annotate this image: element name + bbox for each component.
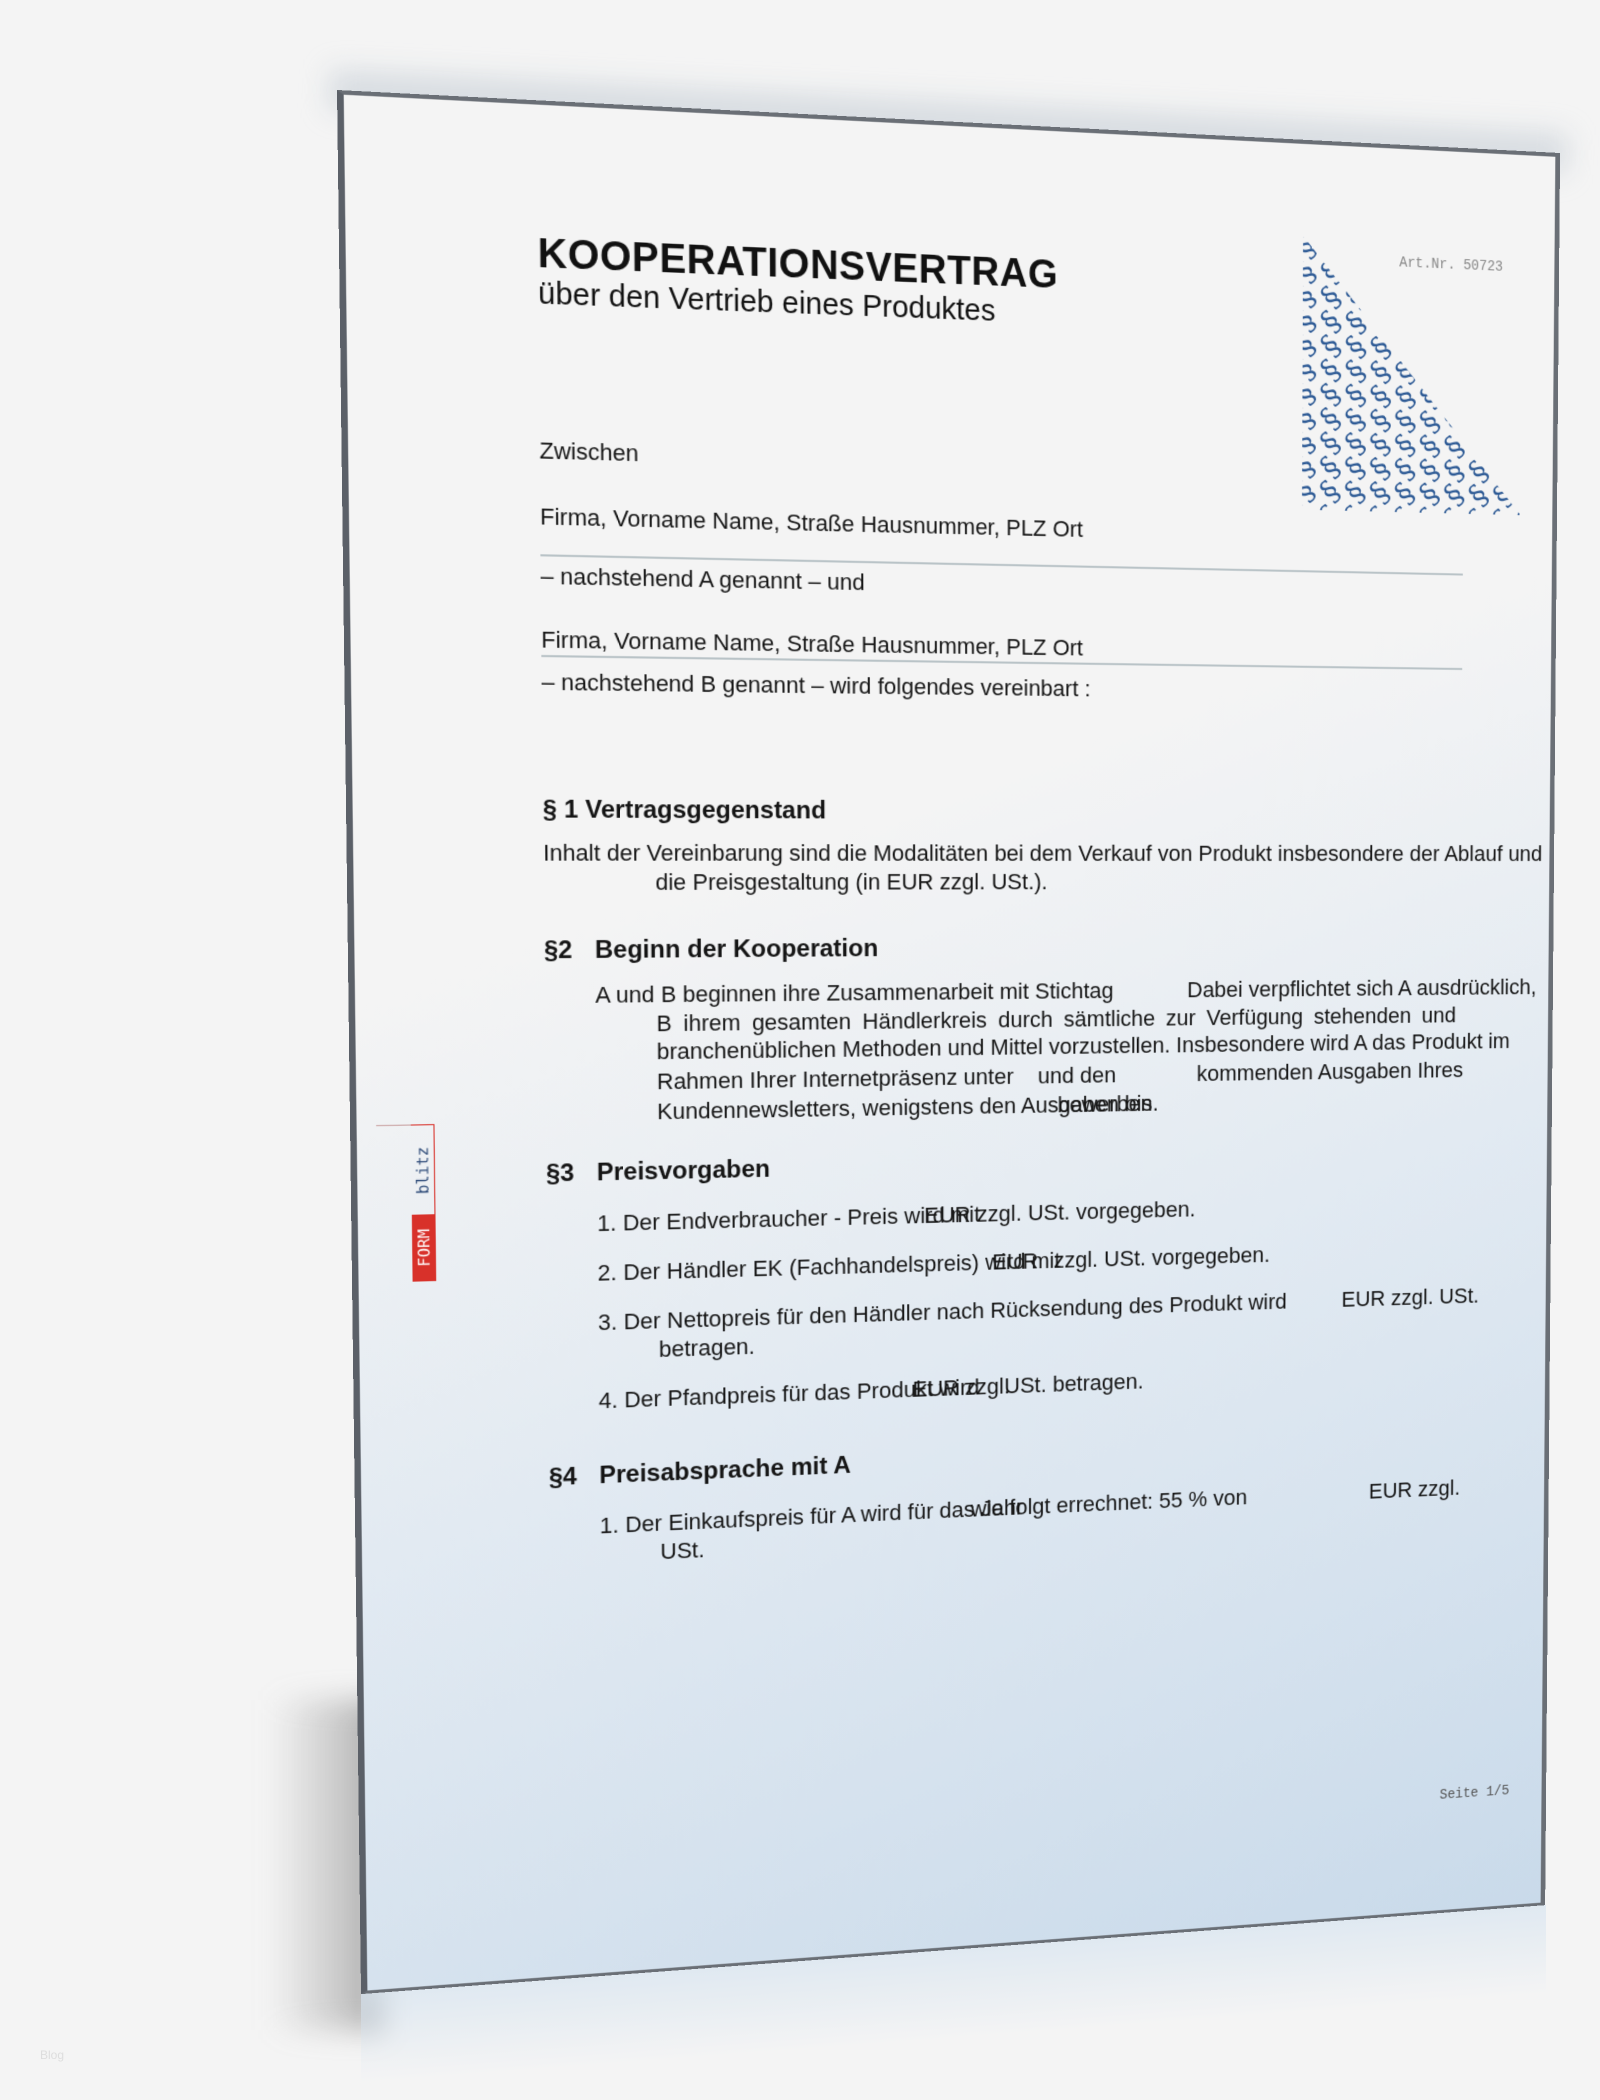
paragraph-glyph: §	[1414, 308, 1448, 344]
paragraph-glyph: §	[1365, 257, 1399, 293]
price-item-2c: zzgl. USt. vorgegeben.	[1054, 1242, 1270, 1274]
paragraph-glyph: §	[1512, 407, 1523, 443]
paragraph-glyph: §	[1513, 312, 1523, 348]
page-indicator: Seite 1/5	[1440, 1784, 1510, 1804]
purchase-item-1c: EUR zzgl.	[1369, 1475, 1460, 1504]
paragraph-glyph: §	[1463, 310, 1496, 346]
paragraph-glyph: §	[1340, 236, 1374, 268]
section-2-line-5b: bewerben.	[1058, 1091, 1159, 1119]
paragraph-glyph: §	[1512, 336, 1522, 372]
paragraph-glyph: §	[1365, 236, 1399, 269]
section-title: Beginn der Kooperation	[595, 935, 878, 965]
section-2-line-4c: kommenden Ausgaben Ihres	[1197, 1057, 1464, 1087]
party-a-label: – nachstehend A genannt – und	[540, 563, 864, 597]
price-item-1b: EUR zzgl. USt. vorgegeben.	[924, 1196, 1195, 1229]
purchase-item-1a: 1. Der Einkaufspreis für A wird für das …	[600, 1494, 1024, 1539]
price-item-3a: 3. Der Nettopreis für den Händler nach R…	[598, 1289, 1287, 1336]
price-item-3b: EUR zzgl. USt.	[1341, 1283, 1479, 1313]
section-2-line-1b: Dabei verpflichtet sich A ausdrücklich,	[1187, 974, 1536, 1003]
paragraph-glyph: §	[1414, 283, 1448, 319]
section-number: § 1	[543, 795, 579, 824]
paragraph-glyph: §	[1464, 285, 1497, 321]
paragraph-pattern-decoration: §§§§§§§§§§§§§§§§§§§§§§§§§§§§§§§§§§§§§§§§…	[1302, 236, 1523, 515]
logo-form-text: FORM	[414, 1229, 434, 1267]
section-2-line-4b: und den	[1038, 1062, 1116, 1089]
formblitz-logo: blitz FORM	[411, 1124, 441, 1282]
paragraph-glyph: §	[1488, 311, 1521, 347]
paragraph-glyph: §	[1513, 288, 1523, 324]
paragraph-glyph: §	[1340, 256, 1374, 292]
paragraph-glyph: §	[1389, 282, 1423, 318]
paragraph-glyph: §	[1488, 359, 1521, 395]
section-title: Vertragsgegenstand	[585, 796, 826, 825]
section-title: Preisvorgaben	[597, 1155, 771, 1186]
section-number: §2	[544, 936, 595, 966]
price-item-4b: EUR zzgl.	[912, 1373, 1010, 1403]
watermark: Blog	[40, 2048, 64, 2062]
section-1-heading: § 1 Vertragsgegenstand	[543, 795, 826, 825]
section-number: §3	[546, 1159, 597, 1189]
paragraph-glyph: §	[1414, 332, 1448, 368]
paragraph-glyph: §	[1439, 284, 1472, 320]
section-2-heading: §2Beginn der Kooperation	[544, 935, 878, 966]
paragraph-glyph: §	[1488, 335, 1521, 371]
article-number: Art.Nr. 50723	[1399, 255, 1503, 276]
paragraph-glyph: §	[1513, 239, 1523, 275]
paragraph-glyph: §	[1512, 360, 1523, 396]
price-item-1a: 1. Der Endverbraucher - Preis wird mit	[597, 1201, 980, 1237]
paragraph-glyph: §	[1487, 407, 1520, 443]
price-item-2a: 2. Der Händler EK (Fachhandelspreis) wir…	[597, 1248, 1060, 1287]
parties-intro: Zwischen	[539, 437, 638, 467]
section-4-heading: §4Preisabsprache mit A	[549, 1452, 851, 1493]
section-2-line-4a: Rahmen Ihrer Internetpräsenz unter	[657, 1064, 1014, 1096]
paragraph-glyph: §	[1463, 358, 1496, 394]
paragraph-glyph: §	[1463, 334, 1496, 370]
paragraph-glyph: §	[1439, 309, 1472, 345]
logo-blitz-text: blitz	[413, 1146, 433, 1194]
price-item-4c: USt. betragen.	[1004, 1369, 1143, 1400]
paragraph-glyph: §	[1513, 263, 1523, 299]
section-1-line-1: Inhalt der Vereinbarung sind die Modalit…	[543, 840, 1542, 867]
party-a-fields: Firma, Vorname Name, Straße Hausnummer, …	[540, 503, 1083, 543]
paragraph-glyph: §	[1488, 383, 1521, 419]
section-1-line-2: die Preisgestaltung (in EUR zzgl. USt.).	[655, 869, 1047, 896]
section-number: §4	[549, 1462, 600, 1493]
paragraph-glyph: §	[1389, 307, 1423, 343]
purchase-item-1-cont: USt.	[660, 1537, 704, 1565]
logo-rule	[376, 1125, 411, 1127]
paragraph-glyph: §	[1439, 357, 1472, 393]
paragraph-glyph: §	[1364, 281, 1398, 317]
paragraph-glyph: §	[1487, 431, 1520, 467]
paragraph-glyph: §	[1439, 333, 1472, 369]
section-title: Preisabsprache mit A	[599, 1452, 851, 1490]
paragraph-glyph: §	[1512, 384, 1523, 420]
paragraph-glyph: §	[1438, 381, 1471, 417]
price-item-2b: EUR	[992, 1248, 1038, 1275]
purchase-item-1b: wie folgt errechnet: 55 % von	[971, 1485, 1248, 1523]
document-page: KOOPERATIONSVERTRAG über den Vertrieb ei…	[337, 90, 1560, 1994]
paragraph-glyph: §	[1512, 431, 1523, 467]
paragraph-glyph: §	[1463, 406, 1496, 442]
price-item-3-cont: betragen.	[659, 1333, 755, 1363]
paragraph-glyph: §	[1488, 287, 1521, 323]
paragraph-glyph: §	[1511, 455, 1522, 491]
paragraph-glyph: §	[1463, 382, 1496, 418]
section-3-heading: §3Preisvorgaben	[546, 1155, 770, 1189]
party-b-label: – nachstehend B genannt – wird folgendes…	[541, 669, 1090, 703]
